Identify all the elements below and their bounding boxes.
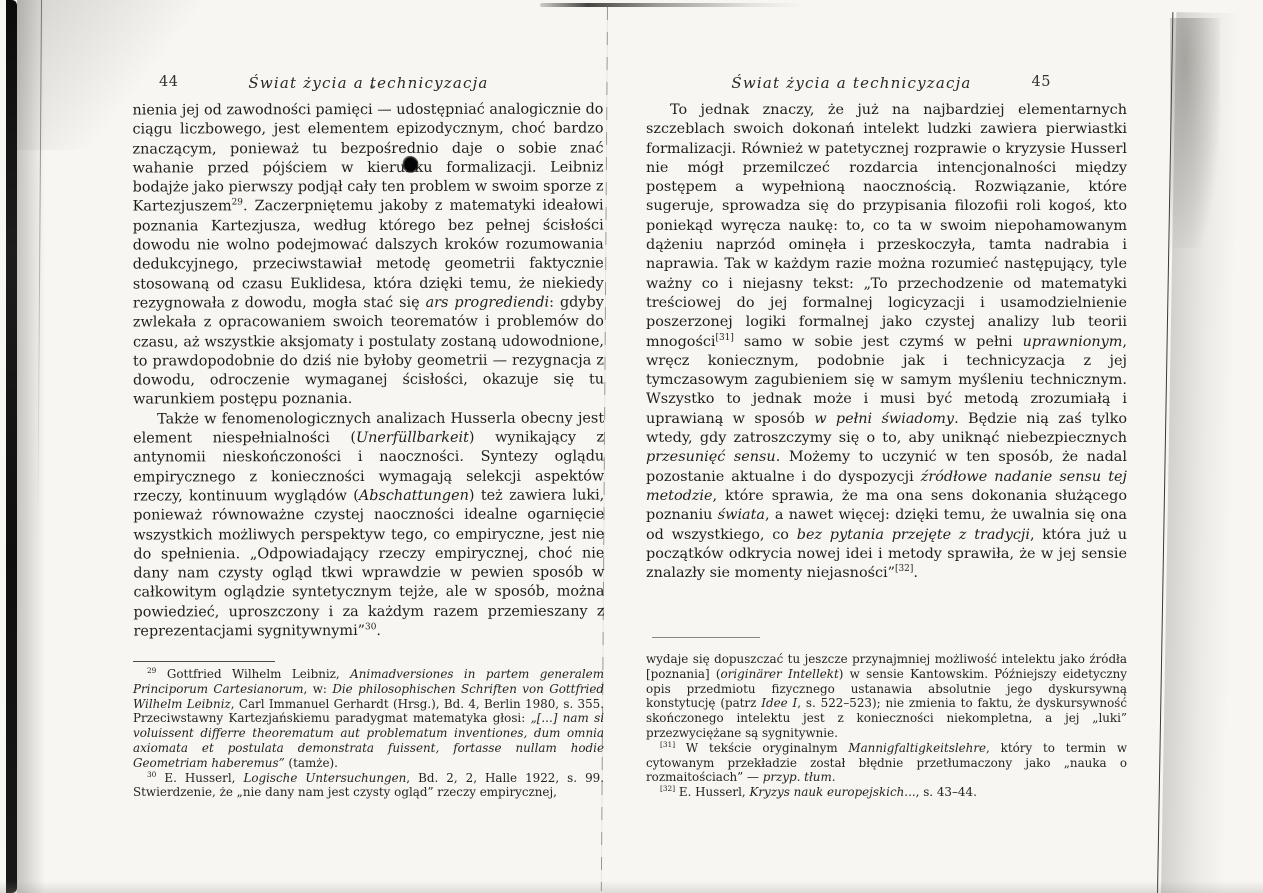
text-segment: , s. 43–44. xyxy=(916,785,977,799)
text-segment: originärer Intellekt xyxy=(721,667,839,681)
left-running-title: Świat życia a technicyzacja xyxy=(133,74,604,92)
footnote-marker: [31] xyxy=(716,333,734,343)
text-segment: świata xyxy=(718,507,765,523)
left-footnotes: 29 Gottfried Wilhelm Leibniz, Animadvers… xyxy=(133,667,604,800)
text-segment: Abschattungen xyxy=(359,488,469,504)
left-page-header: 44 Świat życia a technicyzacja xyxy=(133,74,604,96)
footnote: 29 Gottfried Wilhelm Leibniz, Animadvers… xyxy=(133,667,604,771)
text-segment: uprawnionym xyxy=(1023,334,1123,350)
footnote-marker: 30 xyxy=(365,622,376,632)
text-segment: (tamże). xyxy=(285,756,338,770)
footnote-marker: [32] xyxy=(660,784,675,793)
text-segment: , w: xyxy=(304,682,333,696)
footnote: 30 E. Husserl, Logische Untersuchungen, … xyxy=(133,771,604,801)
text-segment: Logische Untersuchungen xyxy=(243,771,406,785)
text-segment: Unerfüllbarkeit xyxy=(356,430,469,446)
footnote-marker: 29 xyxy=(232,198,243,208)
footnote-marker: [32] xyxy=(895,564,913,574)
text-segment: Mannigfaltigkeitslehre xyxy=(848,741,986,755)
text-segment: przesunięć sensu xyxy=(646,449,776,465)
paragraph: Także w fenomenologicznych analizach Hus… xyxy=(133,409,604,642)
text-segment: . xyxy=(913,565,918,581)
paragraph: To jednak znaczy, że już na najbardziej … xyxy=(646,101,1127,583)
text-segment: bez pytania przejęte z tradycji xyxy=(797,527,1030,543)
footnote-marker: 30 xyxy=(147,770,156,779)
text-segment: Gottfried Wilhelm Leibniz, xyxy=(156,667,350,681)
text-segment: E. Husserl, xyxy=(156,771,243,785)
text-segment: Idee I xyxy=(761,696,797,710)
scanned-book-spread: { "page_left": { "page_number": "44", "r… xyxy=(0,0,1263,893)
top-edge-smudge xyxy=(540,3,805,7)
footnote: [32] E. Husserl, Kryzys nauk europejskic… xyxy=(646,785,1127,800)
text-segment: : gdyby zwlekała z opracowaniem swoich t… xyxy=(133,294,604,407)
footnote: wydaje się dopuszczać tu jeszcze przynaj… xyxy=(646,652,1127,741)
text-segment: Kryzys nauk europejskich... xyxy=(749,785,915,799)
right-running-title: Świat życia a technicyzacja xyxy=(611,74,1092,92)
text-segment: . xyxy=(376,623,381,639)
right-page-number: 45 xyxy=(1032,74,1051,90)
text-segment: przyp. tłum. xyxy=(763,770,836,784)
right-footnotes: wydaje się dopuszczać tu jeszcze przynaj… xyxy=(646,652,1127,800)
left-body-text: nienia jej od zawodności pamięci — udost… xyxy=(132,101,604,642)
text-segment: W tekście oryginalnym xyxy=(675,741,848,755)
right-edge-smudge-top xyxy=(1170,18,1220,248)
text-segment: w pełni świadomy xyxy=(814,411,954,427)
right-page-header: Świat życia a technicyzacja 45 xyxy=(646,74,1127,96)
ink-blot: nk xyxy=(405,160,423,176)
footnote-marker: 29 xyxy=(147,666,156,675)
footnote: [31] W tekście oryginalnym Mannigfaltigk… xyxy=(646,741,1127,785)
text-segment: E. Husserl, xyxy=(675,785,749,799)
right-footnote-separator xyxy=(652,637,760,638)
bottom-edge-shadow xyxy=(0,881,1263,893)
text-segment: ars progrediendi xyxy=(426,295,550,311)
text-segment: ) też zawiera luki, ponieważ równoważne … xyxy=(133,487,604,639)
text-segment: To jednak znaczy, że już na najbardziej … xyxy=(646,102,1127,350)
paragraph: nienia jej od zawodności pamięci — udost… xyxy=(132,101,604,411)
text-segment: samo w sobie jest czymś w pełni xyxy=(734,334,1023,350)
footnote-marker: [31] xyxy=(660,740,675,749)
left-footnote-separator xyxy=(133,661,275,662)
book-binding-shadow xyxy=(6,0,17,893)
right-body-text: To jednak znaczy, że już na najbardziej … xyxy=(646,101,1127,583)
